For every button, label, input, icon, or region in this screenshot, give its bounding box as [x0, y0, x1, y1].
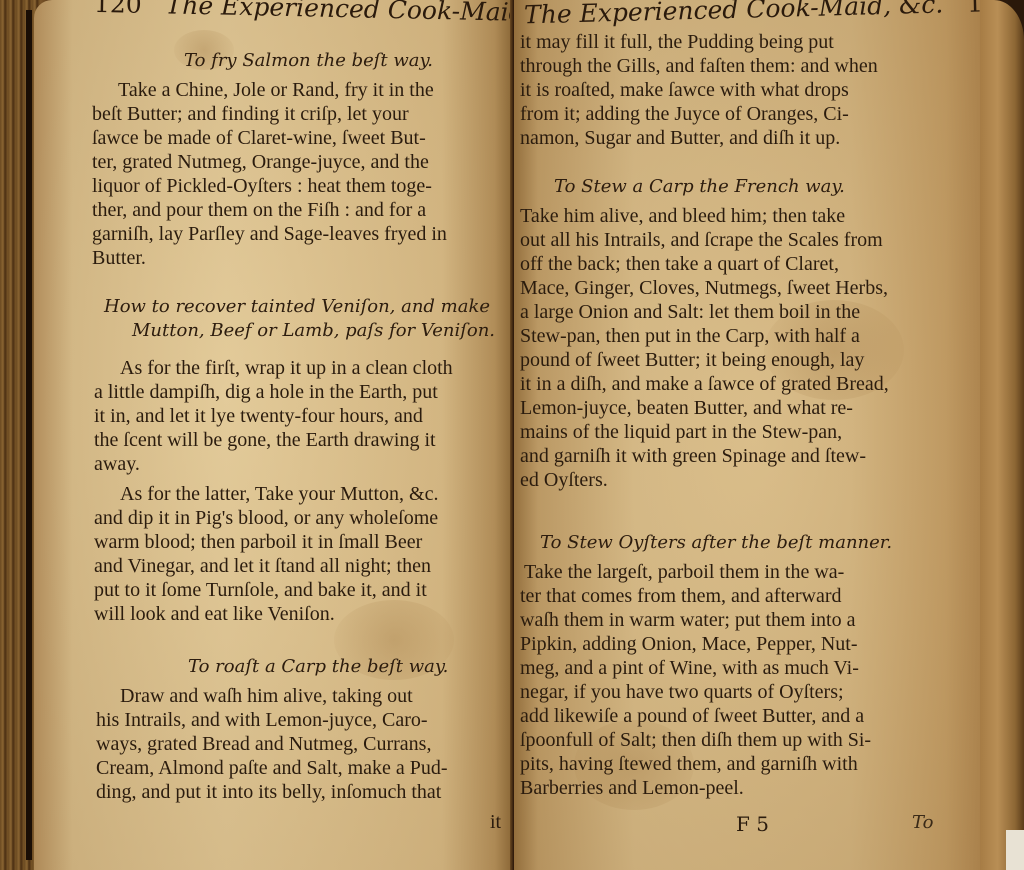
text-line: out all his Intrails, and ſcrape the Sca… — [520, 228, 883, 252]
text-line: and Vinegar, and let it ſtand all night;… — [94, 554, 431, 578]
text-line: Take him alive, and bleed him; then take — [520, 204, 845, 228]
text-line: pound of ſweet Butter; it being enough, … — [520, 348, 864, 372]
text-line: a large Onion and Salt: let them boil in… — [520, 300, 860, 324]
right-text-block: The Experienced Cook-Maid, &c. 121 it ma… — [514, 0, 994, 870]
text-line: ding, and put it into its belly, inſomuc… — [96, 780, 441, 804]
text-line: ed Oyſters. — [520, 468, 608, 492]
text-line: through the Gills, and faſten them: and … — [520, 54, 878, 78]
text-line: negar, if you have two quarts of Oyſters… — [520, 680, 844, 704]
right-page-edges — [980, 0, 1024, 870]
text-line: liquor of Pickled-Oyſters : heat them to… — [92, 174, 432, 198]
running-head-right: The Experienced Cook-Maid, &c. 121 — [524, 0, 1015, 29]
text-line: and garniſh it with green Spinage and ſt… — [520, 444, 866, 468]
text-line: from it; adding the Juyce of Oranges, Ci… — [520, 102, 849, 126]
text-line: put to it ſome Turnſole, and bake it, an… — [94, 578, 427, 602]
recipe-heading: To Stew a Carp the French way. — [554, 176, 845, 197]
text-line: meg, and a pint of Wine, with as much Vi… — [520, 656, 859, 680]
text-line: namon, Sugar and Butter, and diſh it up. — [520, 126, 840, 150]
signature-mark: F 5 — [736, 812, 769, 836]
text-line: garniſh, lay Parſley and Sage-leaves fry… — [92, 222, 447, 246]
text-line: waſh them in warm water; put them into a — [520, 608, 855, 632]
text-line: ter, grated Nutmeg, Orange-juyce, and th… — [92, 150, 429, 174]
text-line: Take the largeſt, parboil them in the wa… — [524, 560, 844, 584]
text-line: the ſcent will be gone, the Earth drawin… — [94, 428, 436, 452]
text-line: Lemon-juyce, beaten Butter, and what re- — [520, 396, 853, 420]
recipe-heading: How to recover tainted Veniſon, and make — [104, 296, 490, 317]
text-line: pits, having ſtewed them, and garniſh wi… — [520, 752, 858, 776]
text-line: As for the firſt, wrap it up in a clean … — [120, 356, 453, 380]
text-line: it in a diſh, and make a ſawce of grated… — [520, 372, 889, 396]
text-line: ſawce be made of Claret-wine, ſweet But- — [92, 126, 426, 150]
recipe-heading: Mutton, Beef or Lamb, paſs for Veniſon. — [132, 320, 495, 341]
text-line: As for the latter, Take your Mutton, &c. — [120, 482, 438, 506]
text-line: ſpoonfull of Salt; then diſh them up wit… — [520, 728, 871, 752]
left-text-block: 120 The Experienced Cook-Maid, &c. To fr… — [34, 0, 514, 870]
text-line: Take a Chine, Jole or Rand, fry it in th… — [118, 78, 434, 102]
text-line: it in, and let it lye twenty-four hours,… — [94, 404, 423, 428]
text-line: Mace, Ginger, Cloves, Nutmegs, ſweet Her… — [520, 276, 888, 300]
text-line: Cream, Almond paſte and Salt, make a Pud… — [96, 756, 448, 780]
left-page: 120 The Experienced Cook-Maid, &c. To fr… — [34, 0, 514, 870]
text-line: ter that comes from them, and afterward — [520, 584, 842, 608]
text-line: Butter. — [92, 246, 146, 270]
background-surface — [1006, 830, 1024, 870]
text-line: his Intrails, and with Lemon-juyce, Caro… — [96, 708, 428, 732]
text-line: add likewiſe a pound of ſweet Butter, an… — [520, 704, 864, 728]
catchword-right: To — [912, 812, 933, 833]
open-book: 120 The Experienced Cook-Maid, &c. To fr… — [0, 0, 1024, 870]
text-line: mains of the liquid part in the Stew-pan… — [520, 420, 842, 444]
running-title-right: The Experienced Cook-Maid, &c. — [524, 0, 944, 29]
recipe-heading: To roaſt a Carp the beſt way. — [188, 656, 448, 677]
text-line: it may fill it full, the Pudding being p… — [520, 30, 834, 54]
text-line: Barberries and Lemon-peel. — [520, 776, 744, 800]
text-line: Draw and waſh him alive, taking out — [120, 684, 413, 708]
recipe-heading: To fry Salmon the beſt way. — [184, 50, 433, 71]
text-line: beſt Butter; and finding it criſp, let y… — [92, 102, 409, 126]
recipe-heading: To Stew Oyſters after the beſt manner. — [540, 532, 892, 553]
text-line: it is roaſted, make ſawce with what drop… — [520, 78, 849, 102]
text-line: ways, grated Bread and Nutmeg, Currans, — [96, 732, 431, 756]
right-page: The Experienced Cook-Maid, &c. 121 it ma… — [514, 0, 994, 870]
folio-left: 120 — [94, 0, 142, 19]
text-line: a little dampiſh, dig a hole in the Eart… — [94, 380, 438, 404]
text-line: Pipkin, adding Onion, Mace, Pepper, Nut- — [520, 632, 857, 656]
text-line: off the back; then take a quart of Clare… — [520, 252, 839, 276]
text-line: and dip it in Pig's blood, or any wholeſ… — [94, 506, 438, 530]
text-line: warm blood; then parboil it in ſmall Bee… — [94, 530, 422, 554]
catchword-left: it — [490, 810, 501, 834]
text-line: will look and eat like Veniſon. — [94, 602, 335, 626]
text-line: Stew-pan, then put in the Carp, with hal… — [520, 324, 860, 348]
text-line: ther, and pour them on the Fiſh : and fo… — [92, 198, 426, 222]
text-line: away. — [94, 452, 140, 476]
